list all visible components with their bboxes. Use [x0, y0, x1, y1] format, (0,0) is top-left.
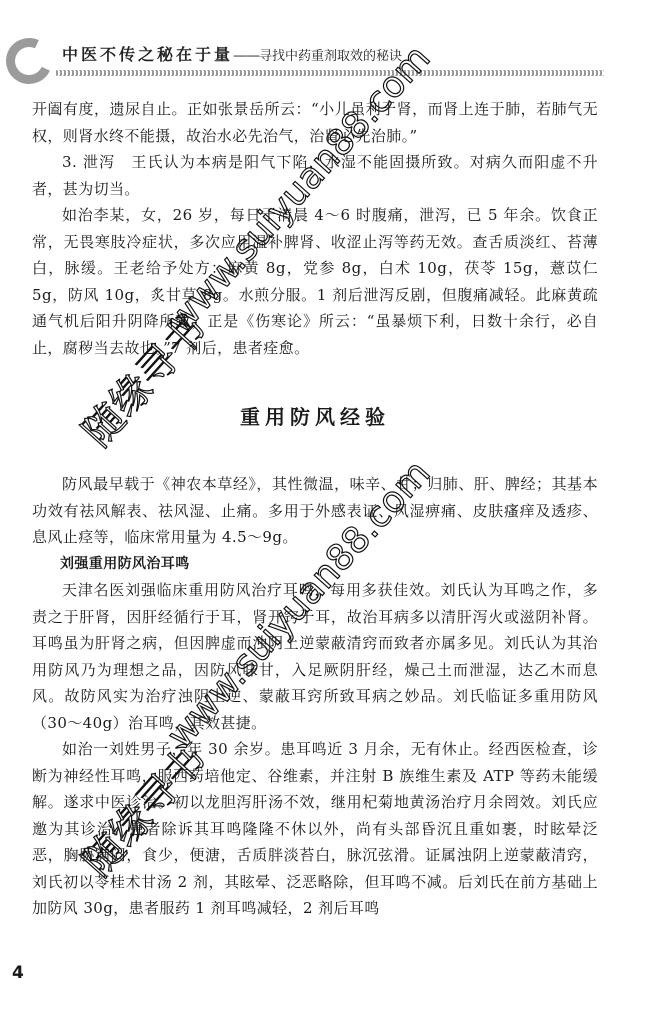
book-title-dash: ——: [233, 48, 259, 64]
book-title-main: 中医不传之秘在于量: [62, 45, 233, 64]
section-heading: 重用防风经验: [32, 403, 598, 431]
paragraph-case-li: 如治李某，女，26 岁，每日于清晨 4～6 时腹痛，泄泻，已 5 年余。饮食正常…: [32, 202, 598, 361]
paragraph-case-liu: 如治一刘姓男子，年 30 余岁。患耳鸣近 3 月余，无有休止。经西医检查，诊断为…: [32, 736, 598, 922]
running-header: 中医不传之秘在于量——寻找中药重剂取效的秘诀: [0, 30, 645, 100]
paragraph-liu-tinnitus: 天津名医刘强临床重用防风治疗耳鸣，每用多获佳效。刘氏认为耳鸣之作，多责之于肝肾，…: [32, 577, 598, 736]
header-divider: [56, 70, 604, 76]
subheading: 刘强重用防风治耳鸣: [32, 551, 598, 578]
brush-circle-ornament-icon: [0, 32, 58, 91]
book-title-subtitle: 寻找中药重剂取效的秘诀: [259, 49, 402, 64]
paragraph-fangfeng-intro: 防风最早载于《神农本草经》，其性微温，味辛、甘；归肺、肝、脾经；其基本功效有祛风…: [32, 471, 598, 551]
paragraph-continued: 开阖有度，遗尿自止。正如张景岳所云：“小儿虽利于肾，而肾上连于肺，若肺气无权，则…: [32, 96, 598, 149]
page-content: 开阖有度，遗尿自止。正如张景岳所云：“小儿虽利于肾，而肾上连于肺，若肺气无权，则…: [32, 96, 598, 922]
book-title: 中医不传之秘在于量——寻找中药重剂取效的秘诀: [62, 42, 402, 65]
page-number: 4: [12, 963, 24, 983]
paragraph-diarrhea-heading: 3. 泄泻 王氏认为本病是阳气下陷，水湿不能固摄所致。对病久而阳虚不升者，甚为切…: [32, 149, 598, 202]
